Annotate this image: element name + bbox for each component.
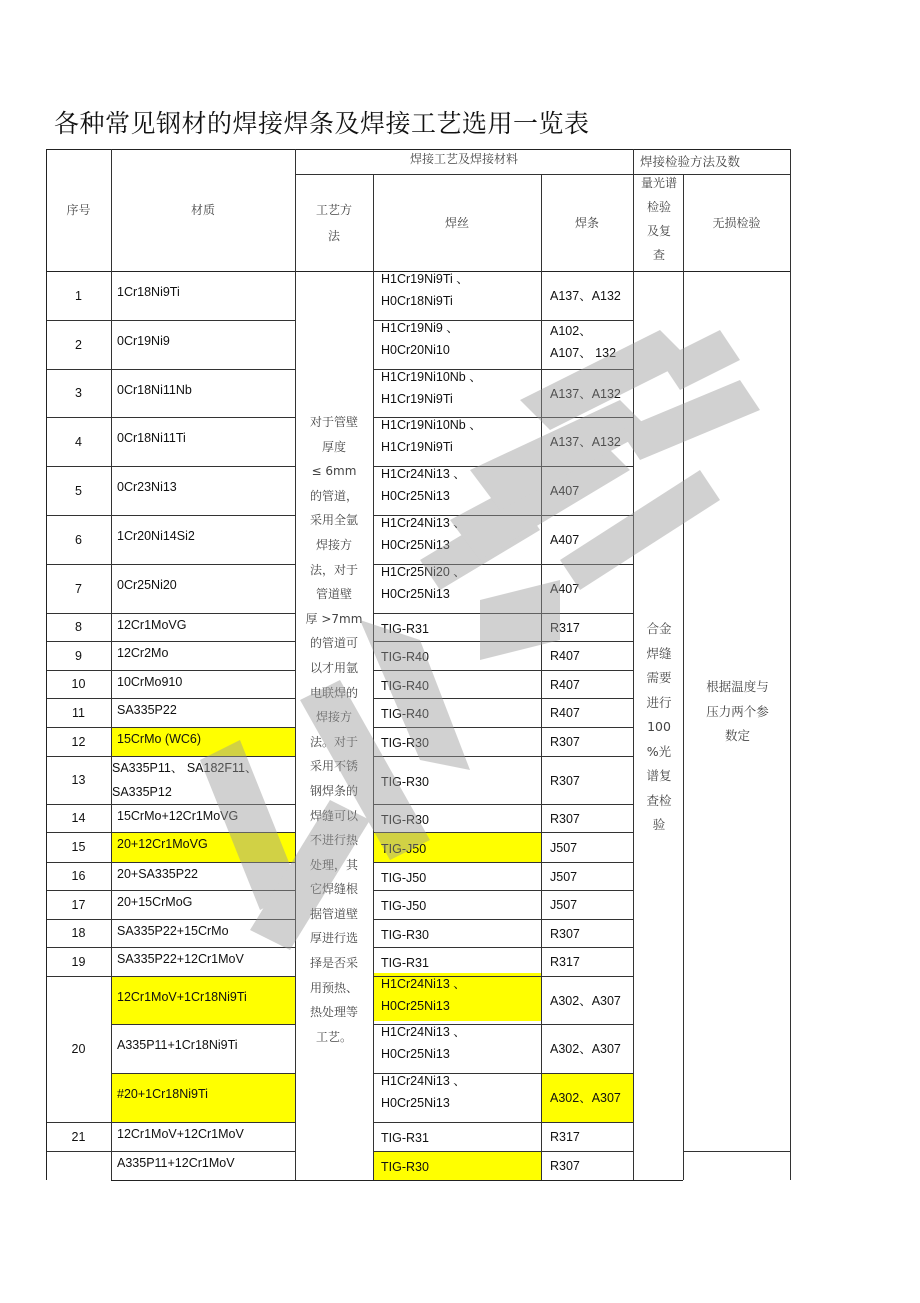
grid-line (683, 174, 684, 1180)
grid-line (373, 756, 633, 757)
grid-line (46, 832, 295, 833)
material-cell: 12Cr1MoVG (111, 613, 295, 641)
grid-line (46, 320, 295, 321)
material-cell: 15CrMo+12Cr1MoVG (111, 804, 295, 832)
grid-line (541, 174, 542, 1180)
wire-cell: TIG-R31 (373, 1122, 541, 1151)
grid-line (46, 670, 295, 671)
welding-table: 序号 材质 焊接工艺及焊接材料 焊接检验方法及数 工艺方 法 焊丝 焊条 量光谱… (0, 0, 920, 1303)
wire-cell: TIG-R30 (373, 919, 541, 947)
material-cell: SA335P11、 SA182F11、 SA335P12 (111, 756, 295, 804)
row-number: 15 (46, 832, 111, 862)
grid-line (111, 1024, 295, 1025)
grid-line (373, 417, 633, 418)
grid-line (373, 804, 633, 805)
grid-line (46, 271, 790, 272)
rod-cell: A407 (541, 564, 633, 613)
rod-cell: A137、A132 (541, 369, 633, 417)
grid-line (373, 613, 633, 614)
rod-cell: R407 (541, 641, 633, 670)
grid-line (46, 756, 295, 757)
material-cell: 20+15CrMoG (111, 890, 295, 919)
grid-line (373, 320, 633, 321)
header-wire: 焊丝 (373, 174, 541, 271)
grid-line (46, 641, 295, 642)
header-ndt: 无损检验 (683, 174, 790, 271)
material-cell: 12Cr1MoV+12Cr1MoV (111, 1122, 295, 1151)
row-number: 8 (46, 613, 111, 641)
grid-line (46, 976, 295, 977)
row-number: 12 (46, 727, 111, 756)
process-note: 对于管壁 厚度 ≤ 6mm 的管道， 采用全氩 焊接方 法，对于 管道壁 厚 >… (297, 410, 371, 1049)
wire-cell: TIG-R31 (373, 947, 541, 976)
rod-cell: J507 (541, 832, 633, 862)
rod-cell: R317 (541, 1122, 633, 1151)
material-cell: 10CrMo910 (111, 670, 295, 698)
rod-cell: R307 (541, 727, 633, 756)
grid-line (295, 149, 296, 1180)
rod-cell: R407 (541, 670, 633, 698)
grid-line (46, 698, 295, 699)
wire-cell: TIG-R30 (373, 756, 541, 804)
wire-cell: TIG-R30 (373, 804, 541, 832)
row-number: 7 (46, 564, 111, 613)
material-cell: A335P11+12Cr1MoV (111, 1151, 295, 1180)
wire-cell: H1Cr19Ni10Nb 、 H1Cr19Ni9Ti (373, 414, 541, 463)
material-cell: 1Cr20Ni14Si2 (111, 515, 295, 564)
rod-cell: R407 (541, 698, 633, 727)
grid-line (373, 564, 633, 565)
grid-line (373, 976, 633, 977)
grid-line (373, 641, 633, 642)
grid-line (373, 466, 633, 467)
wire-cell: TIG-R40 (373, 670, 541, 698)
material-cell: 0Cr18Ni11Ti (111, 417, 295, 466)
grid-line (46, 613, 295, 614)
header-spectral: 量光谱 检验 及复 查 (633, 171, 685, 271)
wire-cell: TIG-J50 (373, 890, 541, 919)
row-number: 11 (46, 698, 111, 727)
spectral-note: 合金 焊缝 需要 进行 100 %光 谱复 查检 验 (633, 617, 685, 838)
row-number: 5 (46, 466, 111, 515)
grid-line (373, 862, 633, 863)
row-number: 19 (46, 947, 111, 976)
header-seq: 序号 (46, 149, 111, 271)
wire-cell: H1Cr24Ni13 、 H0Cr25Ni13 (373, 463, 541, 512)
grid-line (373, 369, 633, 370)
grid-line (46, 369, 295, 370)
header-material: 材质 (111, 149, 295, 271)
grid-line (373, 890, 633, 891)
material-cell: 0Cr19Ni9 (111, 320, 295, 369)
rod-cell: R317 (541, 613, 633, 641)
rod-cell: R307 (541, 1151, 633, 1180)
grid-line (373, 670, 633, 671)
ndt-note: 根据温度与 压力两个参 数定 (685, 675, 790, 749)
grid-line (46, 1151, 295, 1152)
row-number: 10 (46, 670, 111, 698)
grid-line (46, 466, 295, 467)
grid-line (373, 1024, 633, 1025)
wire-cell: H1Cr24Ni13 、 H0Cr25Ni13 (373, 512, 541, 561)
wire-cell: H1Cr25Ni20 、 H0Cr25Ni13 (373, 561, 541, 610)
rod-cell: R307 (541, 919, 633, 947)
row-number: 6 (46, 515, 111, 564)
rod-cell: A407 (541, 466, 633, 515)
grid-line (46, 149, 790, 150)
wire-cell: TIG-R31 (373, 613, 541, 641)
wire-cell: TIG-J50 (373, 862, 541, 890)
wire-cell: H1Cr19Ni10Nb 、 H1Cr19Ni9Ti (373, 366, 541, 414)
material-cell: 1Cr18Ni9Ti (111, 271, 295, 320)
grid-line (46, 890, 295, 891)
wire-cell: H1Cr24Ni13 、 H0Cr25Ni13 (373, 973, 541, 1021)
row-number: 16 (46, 862, 111, 890)
grid-line (683, 1151, 790, 1152)
grid-line (373, 1151, 633, 1152)
rod-cell: J507 (541, 862, 633, 890)
grid-line (373, 174, 374, 1180)
row-20-number: 20 (46, 976, 111, 1122)
material-cell: SA335P22 (111, 698, 295, 727)
wire-cell: TIG-R40 (373, 698, 541, 727)
material-cell: 12Cr2Mo (111, 641, 295, 670)
grid-line (373, 919, 633, 920)
rod-cell: A137、A132 (541, 271, 633, 320)
row-number: 3 (46, 369, 111, 417)
rod-cell: R317 (541, 947, 633, 976)
grid-line (111, 149, 112, 1180)
rod-cell: A137、A132 (541, 417, 633, 466)
grid-line (373, 698, 633, 699)
row-number: 21 (46, 1122, 111, 1151)
row-number: 1 (46, 271, 111, 320)
grid-line (46, 564, 295, 565)
header-process-method: 工艺方 法 (295, 174, 373, 271)
rod-cell: R307 (541, 756, 633, 804)
material-cell: 0Cr23Ni13 (111, 466, 295, 515)
wire-cell: TIG-R40 (373, 641, 541, 670)
wire-cell: H1Cr24Ni13 、 H0Cr25Ni13 (373, 1070, 541, 1119)
rod-cell: A302、A307 (541, 976, 633, 1024)
row-number: 2 (46, 320, 111, 369)
wire-cell: H1Cr19Ni9 、 H0Cr20Ni10 (373, 317, 541, 366)
rod-cell: R307 (541, 804, 633, 832)
material-cell: A335P11+1Cr18Ni9Ti (111, 1024, 295, 1073)
material-cell: SA335P22+15CrMo (111, 919, 295, 947)
material-cell: 0Cr25Ni20 (111, 564, 295, 613)
grid-line (46, 919, 295, 920)
grid-line (46, 947, 295, 948)
grid-line (790, 149, 791, 1180)
grid-line (46, 515, 295, 516)
grid-line (373, 1122, 633, 1123)
grid-line (46, 727, 295, 728)
row-number: 17 (46, 890, 111, 919)
grid-line (373, 727, 633, 728)
grid-line (373, 515, 633, 516)
grid-line (46, 417, 295, 418)
rod-cell: A407 (541, 515, 633, 564)
row-number: 13 (46, 756, 111, 804)
material-cell: #20+1Cr18Ni9Ti (111, 1073, 295, 1122)
row-number: 4 (46, 417, 111, 466)
rod-cell: J507 (541, 890, 633, 919)
material-cell: 0Cr18Ni11Nb (111, 369, 295, 417)
grid-line (46, 149, 47, 1180)
grid-line (373, 1073, 633, 1074)
wire-cell: TIG-R30 (373, 727, 541, 756)
header-group-process: 焊接工艺及焊接材料 (295, 149, 633, 174)
material-cell: SA335P22+12Cr1MoV (111, 947, 295, 976)
row-number: 9 (46, 641, 111, 670)
rod-cell: A102、 A107、 132 (541, 320, 633, 369)
material-cell: 20+SA335P22 (111, 862, 295, 890)
grid-line (373, 947, 633, 948)
material-cell: 12Cr1MoV+1Cr18Ni9Ti (111, 976, 295, 1024)
grid-line (633, 149, 634, 1180)
grid-line (111, 1180, 683, 1181)
wire-cell: TIG-R30 (373, 1151, 541, 1180)
wire-cell: H1Cr19Ni9Ti 、 H0Cr18Ni9Ti (373, 268, 541, 317)
material-cell: 20+12Cr1MoVG (111, 832, 295, 862)
header-rod: 焊条 (541, 174, 633, 271)
row-number: 18 (46, 919, 111, 947)
grid-line (295, 174, 790, 175)
material-cell: 15CrMo (WC6) (111, 727, 295, 756)
grid-line (373, 832, 633, 833)
grid-line (46, 1122, 295, 1123)
wire-cell: H1Cr24Ni13 、 H0Cr25Ni13 (373, 1021, 541, 1070)
rod-cell: A302、A307 (541, 1024, 633, 1073)
wire-cell: TIG-J50 (373, 832, 541, 862)
grid-line (46, 862, 295, 863)
grid-line (111, 1073, 295, 1074)
rod-cell: A302、A307 (541, 1073, 633, 1122)
grid-line (46, 804, 295, 805)
row-number: 14 (46, 804, 111, 832)
